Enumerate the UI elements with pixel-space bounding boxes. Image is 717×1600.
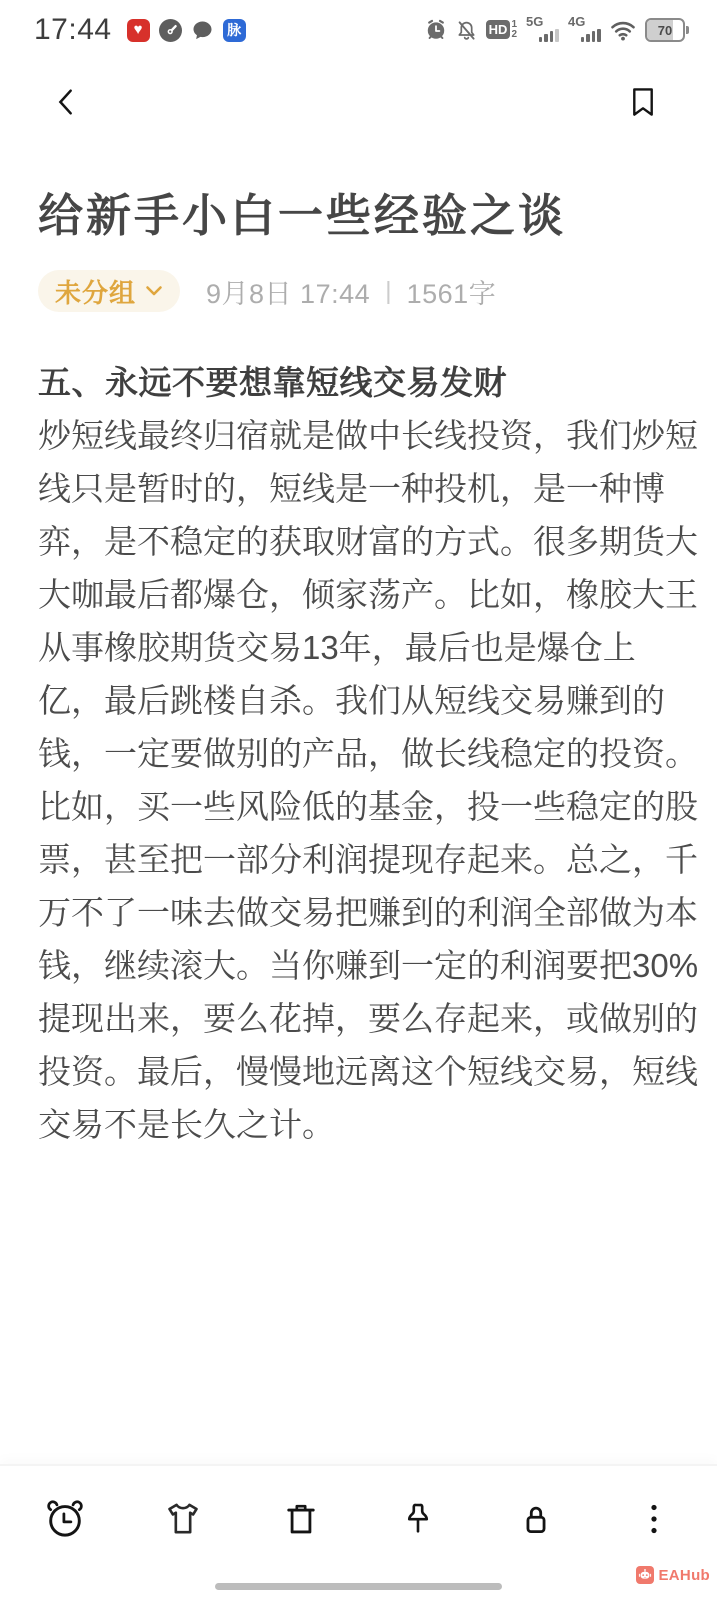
chat-bubble-notification-icon	[191, 19, 214, 42]
maimai-glyph: 脉	[227, 23, 241, 37]
pin-icon	[397, 1498, 439, 1540]
eahub-robot-icon	[636, 1566, 654, 1584]
category-label: 未分组	[55, 273, 136, 310]
home-indicator[interactable]	[215, 1583, 502, 1590]
note-meta-row: 未分组 9月8日 17:44 | 1561字	[38, 270, 689, 312]
note-paragraph: 炒短线最终归宿就是做中长线投资，我们炒短线只是暂时的，短线是一种投机，是一种博弈…	[38, 409, 700, 1151]
signal-5g-icon: 5G	[526, 16, 559, 44]
note-detail-screen: 17:44 ♥ 脉	[0, 0, 717, 1600]
skin-button[interactable]	[161, 1496, 205, 1542]
mute-bell-icon	[456, 20, 477, 41]
battery-icon: 70	[645, 18, 689, 42]
more-icon	[633, 1498, 675, 1540]
hd-volte-icon: HD 1 2	[486, 20, 517, 40]
bottom-toolbar	[0, 1464, 717, 1600]
maimai-app-notification-icon: 脉	[223, 19, 246, 42]
reminder-button[interactable]	[43, 1496, 87, 1542]
gauge-app-notification-icon	[159, 19, 182, 42]
alarm-icon	[43, 1497, 87, 1541]
alarm-status-icon	[425, 19, 447, 41]
signal-4g-label: 4G	[568, 14, 585, 29]
chevron-down-icon	[145, 285, 163, 297]
heart-glyph: ♥	[134, 22, 143, 37]
nav-bar	[0, 68, 717, 136]
category-dropdown[interactable]: 未分组	[38, 270, 180, 312]
status-left: 17:44 ♥ 脉	[34, 13, 246, 47]
signal-5g-label: 5G	[526, 14, 543, 29]
hd-sim2: 2	[511, 30, 517, 40]
lock-icon	[515, 1498, 557, 1540]
battery-level: 70	[658, 23, 672, 38]
status-time: 17:44	[34, 13, 112, 47]
back-button[interactable]	[50, 81, 82, 123]
note-date: 9月8日 17:44	[206, 272, 370, 311]
heart-app-notification-icon: ♥	[127, 19, 150, 42]
lock-button[interactable]	[514, 1496, 558, 1542]
section-heading: 五、永远不要想靠短线交易发财	[38, 356, 700, 409]
shirt-icon	[162, 1498, 204, 1540]
note-body: 五、永远不要想靠短线交易发财 炒短线最终归宿就是做中长线投资，我们炒短线只是暂时…	[38, 356, 700, 1151]
trash-icon	[280, 1498, 322, 1540]
note-title: 给新手小白一些经验之谈	[38, 188, 689, 244]
more-options-button[interactable]	[632, 1496, 676, 1542]
note-word-count: 1561字	[407, 272, 497, 311]
pin-button[interactable]	[396, 1496, 440, 1542]
delete-button[interactable]	[279, 1496, 323, 1542]
meta-separator: |	[385, 277, 392, 306]
watermark-label: EAHub	[659, 1567, 711, 1584]
hd-label: HD	[486, 20, 511, 39]
watermark: EAHub	[636, 1566, 711, 1584]
signal-4g-icon: 4G	[568, 16, 601, 44]
bookmark-button[interactable]	[625, 79, 661, 125]
bookmark-icon	[625, 79, 661, 125]
status-bar: 17:44 ♥ 脉	[0, 0, 717, 58]
status-right: HD 1 2 5G 4G	[425, 16, 689, 44]
wifi-icon	[610, 20, 636, 41]
back-chevron-icon	[50, 81, 82, 123]
